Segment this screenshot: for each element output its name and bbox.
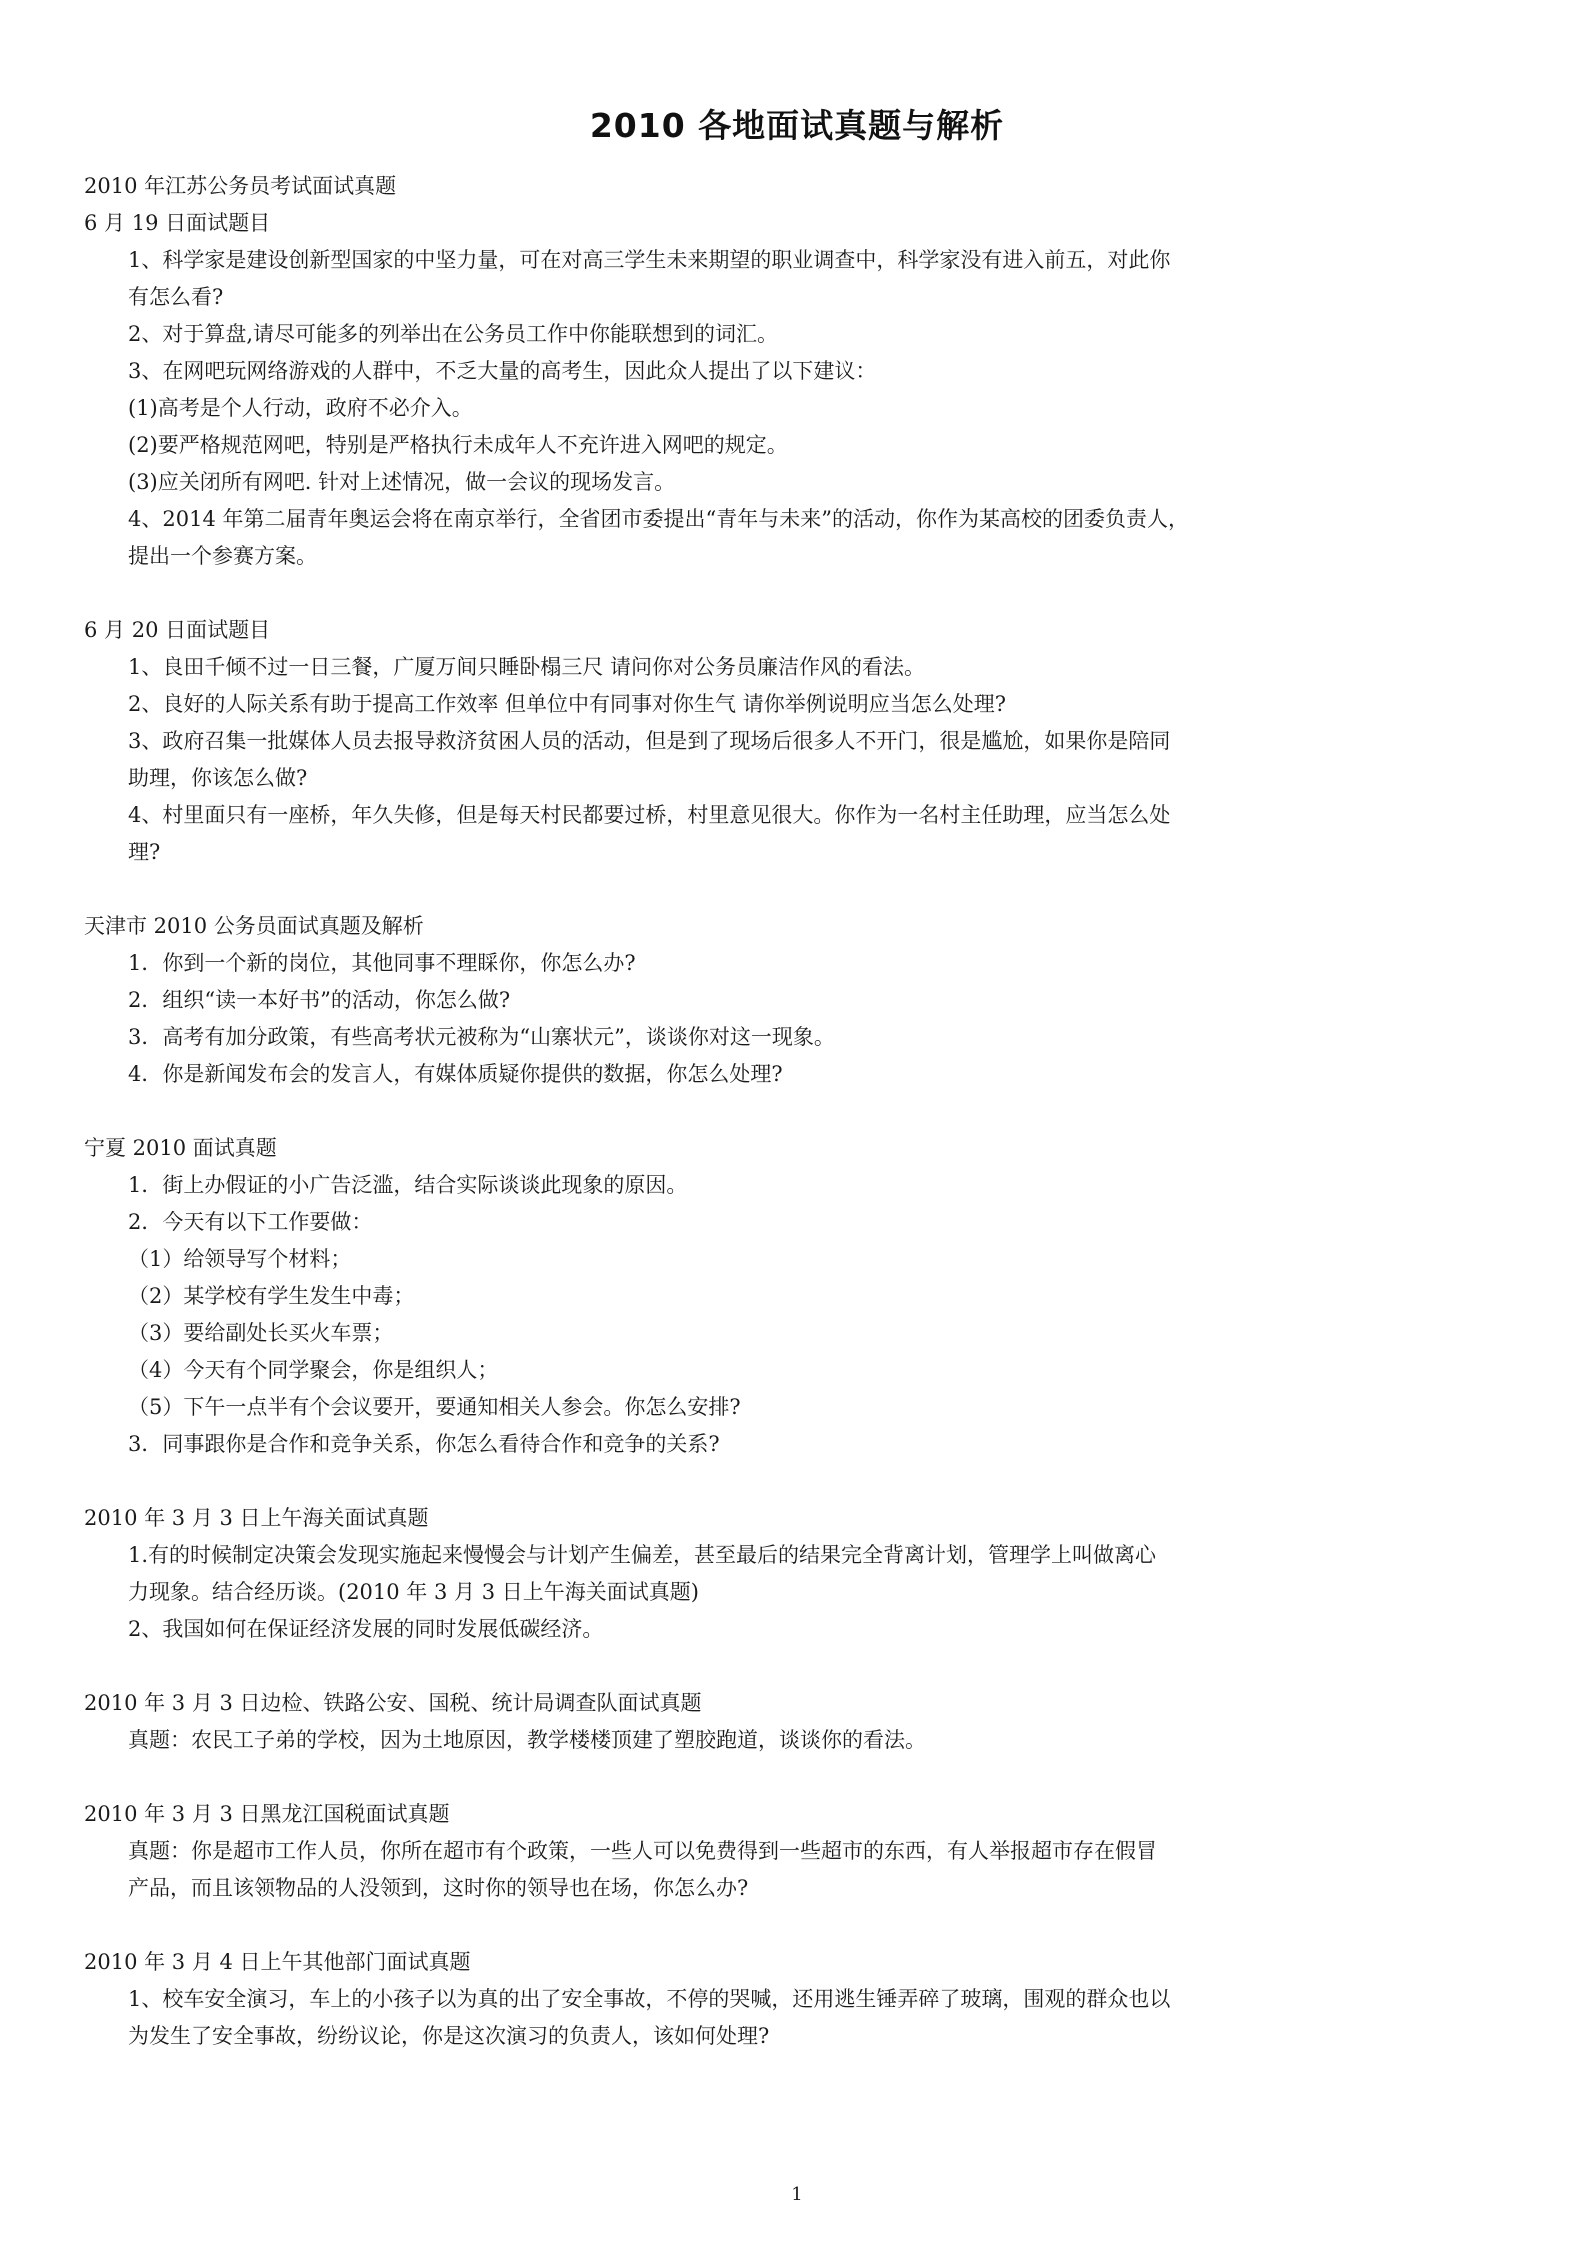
question-line: 1.有的时候制定决策会发现实施起来慢慢会与计划产生偏差，甚至最后的结果完全背离计…	[84, 1537, 1524, 1574]
question-line: （2）某学校有学生发生中毒；	[84, 1278, 1524, 1315]
spacer	[84, 1648, 1524, 1685]
section-june-20: 6 月 20 日面试题目 1、良田千倾不过一日三餐，广厦万间只睡卧榻三尺 请问你…	[84, 612, 1524, 871]
question-line: 1、良田千倾不过一日三餐，广厦万间只睡卧榻三尺 请问你对公务员廉洁作风的看法。	[84, 649, 1524, 686]
spacer	[84, 1093, 1524, 1130]
question-line: 3．高考有加分政策，有些高考状元被称为“山寨状元”，谈谈你对这一现象。	[84, 1019, 1524, 1056]
question-line: 1、校车安全演习，车上的小孩子以为真的出了安全事故，不停的哭喊，还用逃生锤弄碎了…	[84, 1981, 1524, 2018]
question-line: 1、科学家是建设创新型国家的中坚力量，可在对高三学生未来期望的职业调查中，科学家…	[84, 242, 1524, 279]
section-heading: 2010 年 3 月 3 日边检、铁路公安、国税、统计局调查队面试真题	[84, 1685, 1524, 1722]
section-heading: 2010 年 3 月 4 日上午其他部门面试真题	[84, 1944, 1524, 1981]
question-line: （1）给领导写个材料；	[84, 1241, 1524, 1278]
section-heading: 2010 年 3 月 3 日上午海关面试真题	[84, 1500, 1524, 1537]
document-title: 2010 各地面试真题与解析	[0, 100, 1594, 147]
section-heading: 宁夏 2010 面试真题	[84, 1130, 1524, 1167]
question-line: 助理，你该怎么做?	[84, 760, 1524, 797]
question-line: 2．今天有以下工作要做：	[84, 1204, 1524, 1241]
question-line: 4．你是新闻发布会的发言人，有媒体质疑你提供的数据，你怎么处理?	[84, 1056, 1524, 1093]
question-line: 有怎么看?	[84, 279, 1524, 316]
question-line: 为发生了安全事故，纷纷议论，你是这次演习的负责人，该如何处理?	[84, 2018, 1524, 2055]
question-line: （4）今天有个同学聚会，你是组织人；	[84, 1352, 1524, 1389]
spacer	[84, 871, 1524, 908]
question-line: 理?	[84, 834, 1524, 871]
section-heading: 6 月 20 日面试题目	[84, 612, 1524, 649]
document-body: 2010 年江苏公务员考试面试真题 6 月 19 日面试题目 1、科学家是建设创…	[84, 168, 1524, 2055]
section-border-inspection: 2010 年 3 月 3 日边检、铁路公安、国税、统计局调查队面试真题 真题：农…	[84, 1685, 1524, 1759]
section-heading: 2010 年江苏公务员考试面试真题	[84, 168, 1524, 205]
question-line: （3）要给副处长买火车票；	[84, 1315, 1524, 1352]
section-subheading: 6 月 19 日面试题目	[84, 205, 1524, 242]
question-line: (2)要严格规范网吧，特别是严格执行未成年人不充许进入网吧的规定。	[84, 427, 1524, 464]
question-line: (3)应关闭所有网吧. 针对上述情况，做一会议的现场发言。	[84, 464, 1524, 501]
question-line: 2．组织“读一本好书”的活动，你怎么做?	[84, 982, 1524, 1019]
question-line: 力现象。结合经历谈。(2010 年 3 月 3 日上午海关面试真题)	[84, 1574, 1524, 1611]
section-customs: 2010 年 3 月 3 日上午海关面试真题 1.有的时候制定决策会发现实施起来…	[84, 1500, 1524, 1648]
question-line: （5）下午一点半有个会议要开，要通知相关人参会。你怎么安排?	[84, 1389, 1524, 1426]
page-number: 1	[0, 2184, 1594, 2205]
section-heilongjiang: 2010 年 3 月 3 日黑龙江国税面试真题 真题：你是超市工作人员，你所在超…	[84, 1796, 1524, 1907]
question-line: 真题：你是超市工作人员，你所在超市有个政策，一些人可以免费得到一些超市的东西，有…	[84, 1833, 1524, 1870]
section-heading: 天津市 2010 公务员面试真题及解析	[84, 908, 1524, 945]
spacer	[84, 1907, 1524, 1944]
question-line: 2、我国如何在保证经济发展的同时发展低碳经济。	[84, 1611, 1524, 1648]
question-line: 4、2014 年第二届青年奥运会将在南京举行，全省团市委提出“青年与未来”的活动…	[84, 501, 1524, 538]
section-ningxia: 宁夏 2010 面试真题 1．街上办假证的小广告泛滥，结合实际谈谈此现象的原因。…	[84, 1130, 1524, 1463]
question-line: 3、在网吧玩网络游戏的人群中，不乏大量的高考生，因此众人提出了以下建议：	[84, 353, 1524, 390]
question-line: 3．同事跟你是合作和竞争关系，你怎么看待合作和竞争的关系?	[84, 1426, 1524, 1463]
section-tianjin: 天津市 2010 公务员面试真题及解析 1．你到一个新的岗位，其他同事不理睬你，…	[84, 908, 1524, 1093]
spacer	[84, 1463, 1524, 1500]
question-line: 4、村里面只有一座桥，年久失修，但是每天村民都要过桥，村里意见很大。你作为一名村…	[84, 797, 1524, 834]
question-line: 1．你到一个新的岗位，其他同事不理睬你，你怎么办?	[84, 945, 1524, 982]
question-line: 2、良好的人际关系有助于提高工作效率 但单位中有同事对你生气 请你举例说明应当怎…	[84, 686, 1524, 723]
spacer	[84, 1759, 1524, 1796]
question-line: 真题：农民工子弟的学校，因为土地原因，教学楼楼顶建了塑胶跑道，谈谈你的看法。	[84, 1722, 1524, 1759]
question-line: 提出一个参赛方案。	[84, 538, 1524, 575]
spacer	[84, 575, 1524, 612]
question-line: 产品，而且该领物品的人没领到，这时你的领导也在场，你怎么办?	[84, 1870, 1524, 1907]
section-jiangsu: 2010 年江苏公务员考试面试真题 6 月 19 日面试题目 1、科学家是建设创…	[84, 168, 1524, 575]
section-other-departments: 2010 年 3 月 4 日上午其他部门面试真题 1、校车安全演习，车上的小孩子…	[84, 1944, 1524, 2055]
question-line: 3、政府召集一批媒体人员去报导救济贫困人员的活动，但是到了现场后很多人不开门，很…	[84, 723, 1524, 760]
document-page: 2010 各地面试真题与解析 2010 年江苏公务员考试面试真题 6 月 19 …	[0, 0, 1594, 2252]
question-line: 2、对于算盘,请尽可能多的列举出在公务员工作中你能联想到的词汇。	[84, 316, 1524, 353]
question-line: 1．街上办假证的小广告泛滥，结合实际谈谈此现象的原因。	[84, 1167, 1524, 1204]
question-line: (1)高考是个人行动，政府不必介入。	[84, 390, 1524, 427]
section-heading: 2010 年 3 月 3 日黑龙江国税面试真题	[84, 1796, 1524, 1833]
